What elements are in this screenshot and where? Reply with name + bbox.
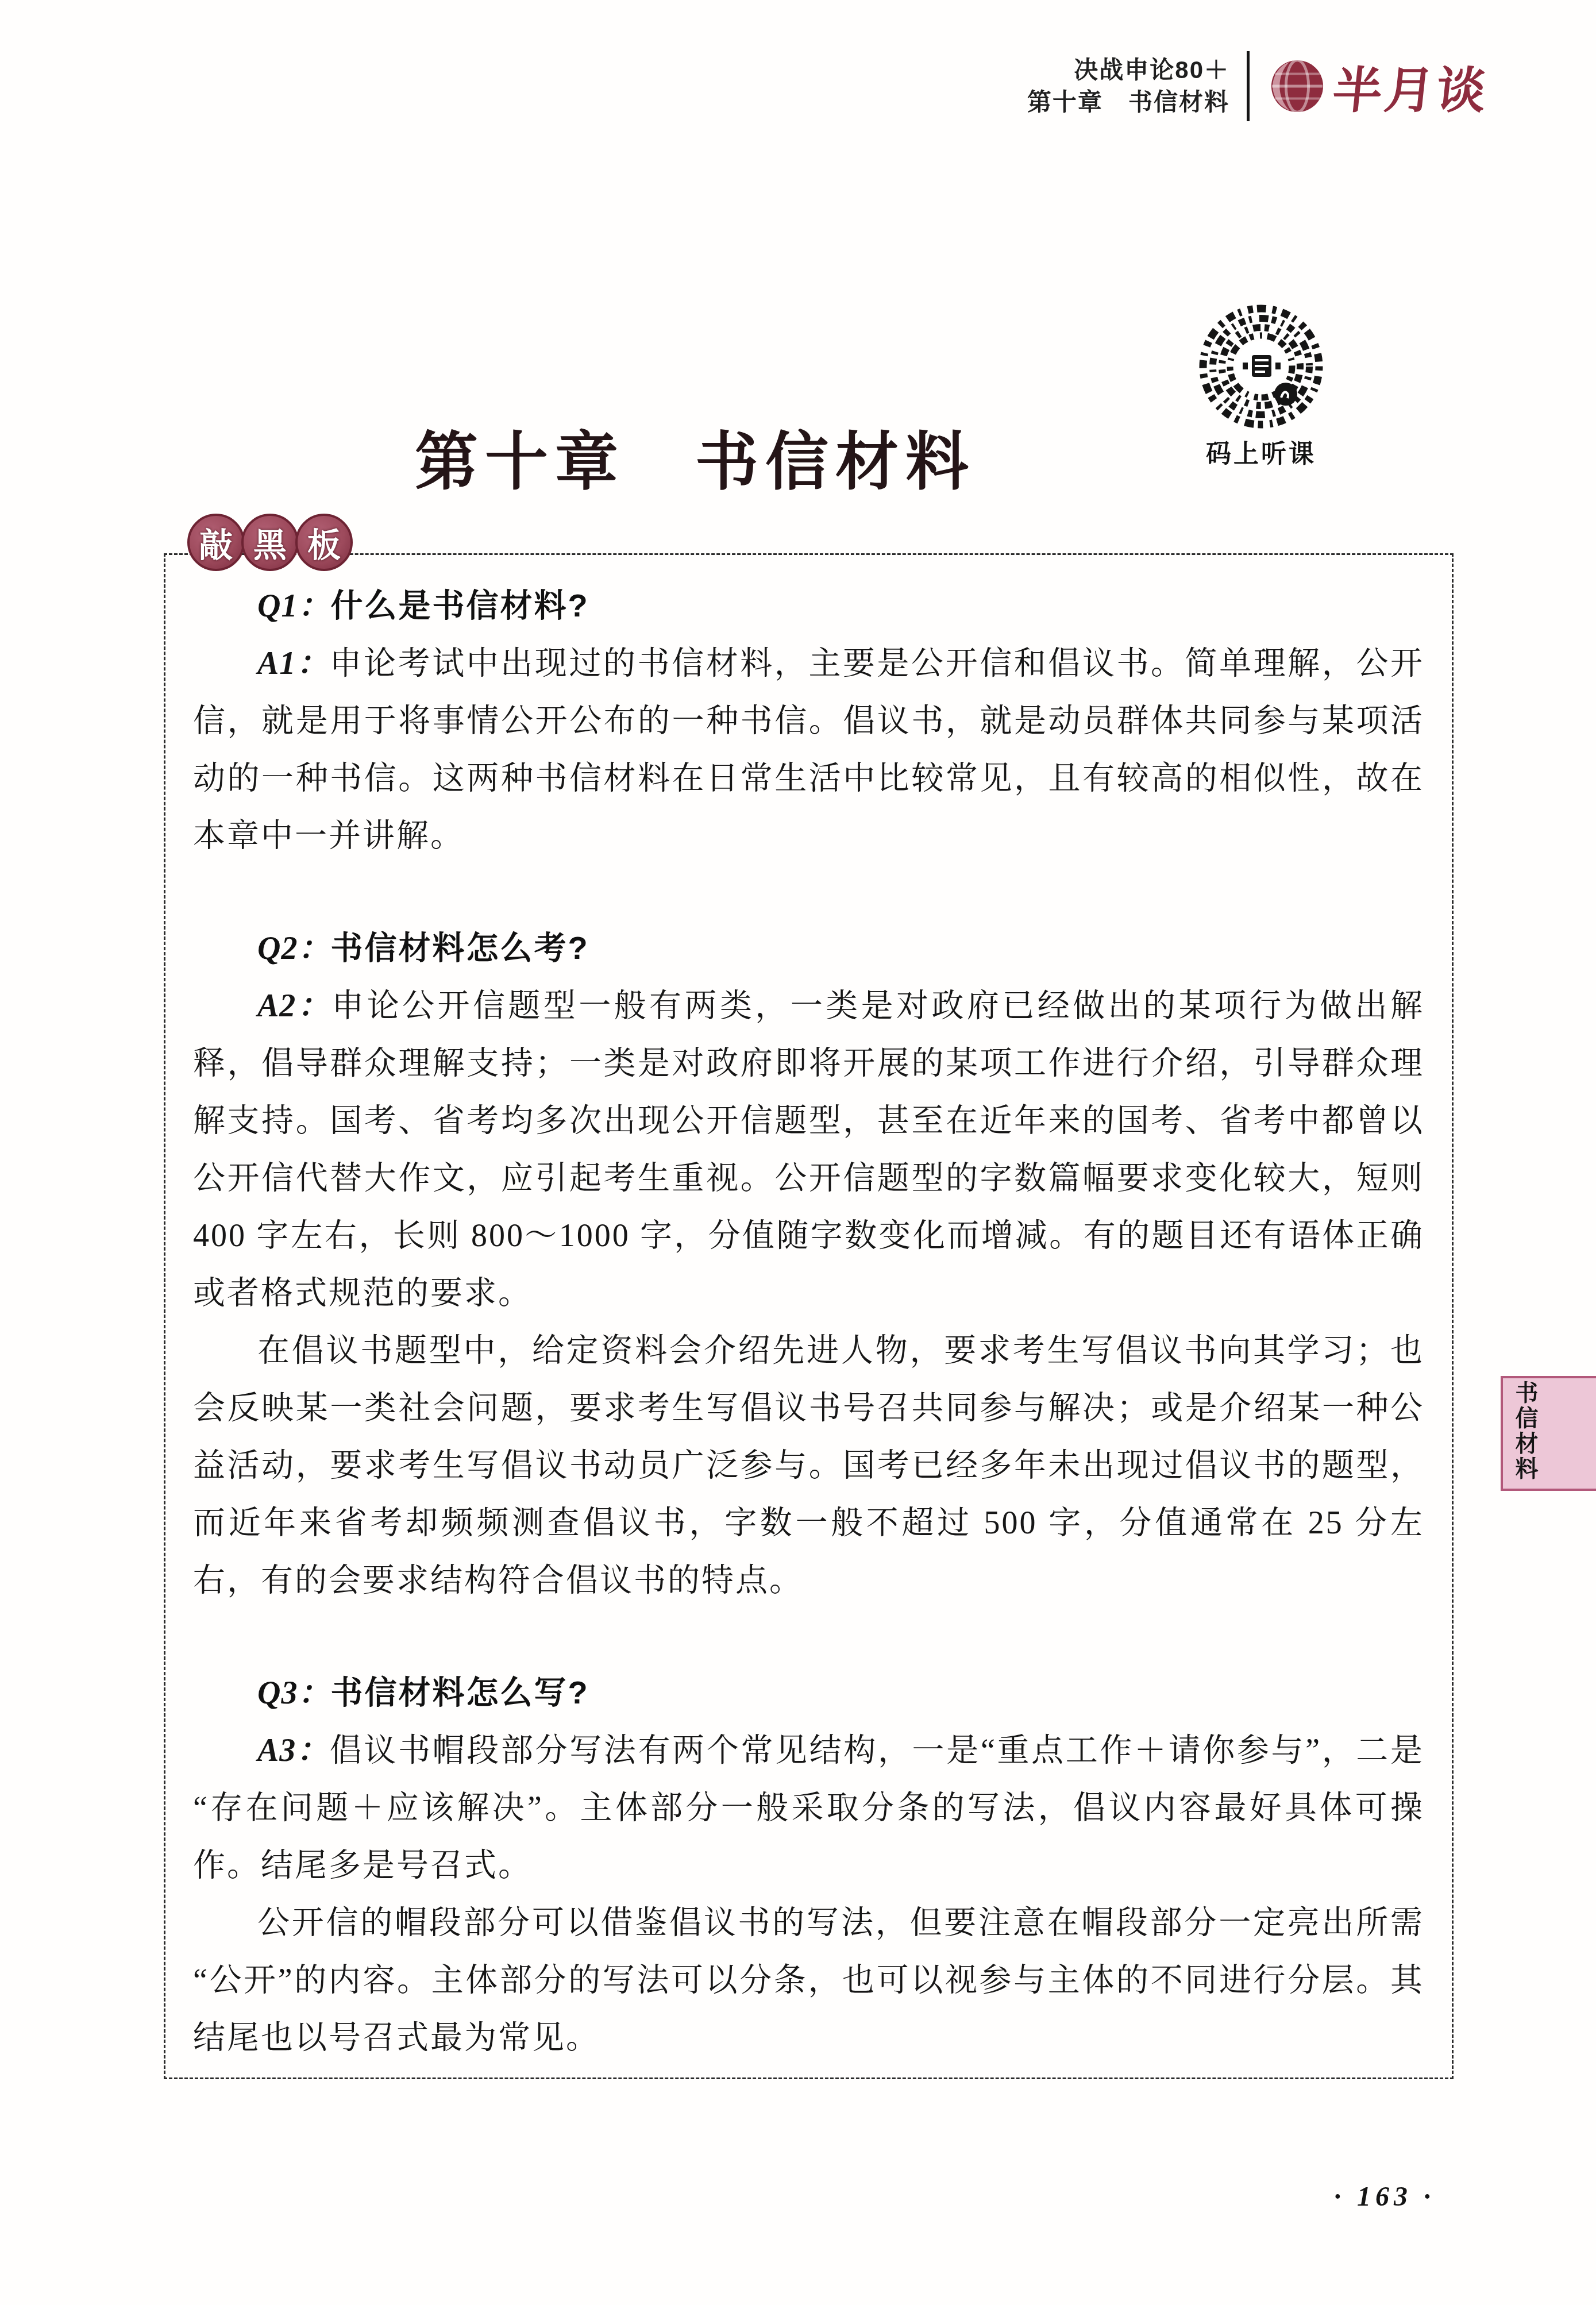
- qa-section-q2: Q2：书信材料怎么考? A2：申论公开信题型一般有两类，一类是对政府已经做出的某…: [193, 919, 1424, 1609]
- question-heading: Q3：书信材料怎么写?: [193, 1664, 1424, 1722]
- page-number: · 163 ·: [1310, 2181, 1459, 2213]
- side-tab-label: 书信材料: [1509, 1381, 1541, 1482]
- answer-paragraph: A2：申论公开信题型一般有两类，一类是对政府已经做出的某项行为做出解释，倡导群众…: [193, 977, 1424, 1322]
- answer-paragraph: A3：倡议书帽段部分写法有两个常见结构，一是“重点工作＋请你参与”，二是“存在问…: [193, 1722, 1424, 1894]
- blackboard-badge: 敲 黑 板: [187, 514, 349, 571]
- question-heading: Q1：什么是书信材料?: [193, 577, 1424, 635]
- badge-circle: 黑: [241, 514, 299, 571]
- answer-text: 公开信的帽段部分可以借鉴倡议书的写法，但要注意在帽段部分一定亮出所需“公开”的内…: [193, 1905, 1424, 2056]
- qa-box: 敲 黑 板 Q1：什么是书信材料? A1：申论考试中出现过的书信材料，主要是公开…: [164, 553, 1454, 2079]
- answer-paragraph: 在倡议书题型中，给定资料会介绍先进人物，要求考生写倡议书向其学习；也会反映某一类…: [193, 1322, 1424, 1609]
- badge-char: 黑: [253, 518, 287, 566]
- header-chapter-ref: 第十章 书信材料: [862, 86, 1229, 118]
- chapter-side-tab: 书信材料: [1501, 1376, 1596, 1491]
- question-text: 什么是书信材料?: [330, 587, 589, 623]
- header-divider: [1247, 51, 1250, 121]
- question-text: 书信材料怎么考?: [330, 930, 589, 966]
- qr-caption: 码上听课: [1189, 433, 1333, 470]
- qa-section-q3: Q3：书信材料怎么写? A3：倡议书帽段部分写法有两个常见结构，一是“重点工作＋…: [193, 1664, 1424, 2067]
- badge-char: 板: [307, 518, 341, 566]
- qa-section-q1: Q1：什么是书信材料? A1：申论考试中出现过的书信材料，主要是公开信和倡议书。…: [193, 577, 1424, 865]
- chapter-title: 第十章 书信材料: [164, 411, 1227, 502]
- badge-circle: 敲: [187, 514, 245, 571]
- answer-text: 倡议书帽段部分写法有两个常见结构，一是“重点工作＋请你参与”，二是“存在问题＋应…: [193, 1733, 1424, 1883]
- qr-block: 码上听课: [1189, 303, 1333, 470]
- badge-char: 敲: [199, 518, 233, 566]
- answer-paragraph: A1：申论考试中出现过的书信材料，主要是公开信和倡议书。简单理解，公开信，就是用…: [193, 635, 1424, 865]
- answer-text: 申论考试中出现过的书信材料，主要是公开信和倡议书。简单理解，公开信，就是用于将事…: [193, 646, 1424, 854]
- globe-icon: [1269, 58, 1325, 114]
- qr-code-icon: [1198, 303, 1324, 430]
- badge-circle: 板: [295, 514, 353, 571]
- header-book-title: 决战申论80＋: [862, 54, 1229, 86]
- question-label: Q3：: [257, 1675, 330, 1711]
- question-heading: Q2：书信材料怎么考?: [193, 919, 1424, 977]
- page-header: 决战申论80＋ 第十章 书信材料 半月谈: [862, 51, 1489, 122]
- answer-text: 申论公开信题型一般有两类，一类是对政府已经做出的某项行为做出解释，倡导群众理解支…: [193, 988, 1424, 1311]
- question-label: Q1：: [257, 588, 330, 624]
- logo-text: 半月谈: [1329, 51, 1492, 122]
- question-text: 书信材料怎么写?: [330, 1674, 589, 1710]
- answer-label: A3：: [257, 1733, 330, 1768]
- answer-label: A1：: [257, 646, 329, 681]
- publisher-logo: 半月谈: [1269, 51, 1489, 122]
- question-label: Q2：: [257, 931, 330, 966]
- book-page: 决战申论80＋ 第十章 书信材料 半月谈 第十章 书信材料: [0, 0, 1596, 2305]
- header-text: 决战申论80＋ 第十章 书信材料: [862, 54, 1229, 118]
- answer-text: 在倡议书题型中，给定资料会介绍先进人物，要求考生写倡议书向其学习；也会反映某一类…: [193, 1333, 1424, 1598]
- answer-paragraph: 公开信的帽段部分可以借鉴倡议书的写法，但要注意在帽段部分一定亮出所需“公开”的内…: [193, 1894, 1424, 2067]
- answer-label: A2：: [257, 988, 331, 1024]
